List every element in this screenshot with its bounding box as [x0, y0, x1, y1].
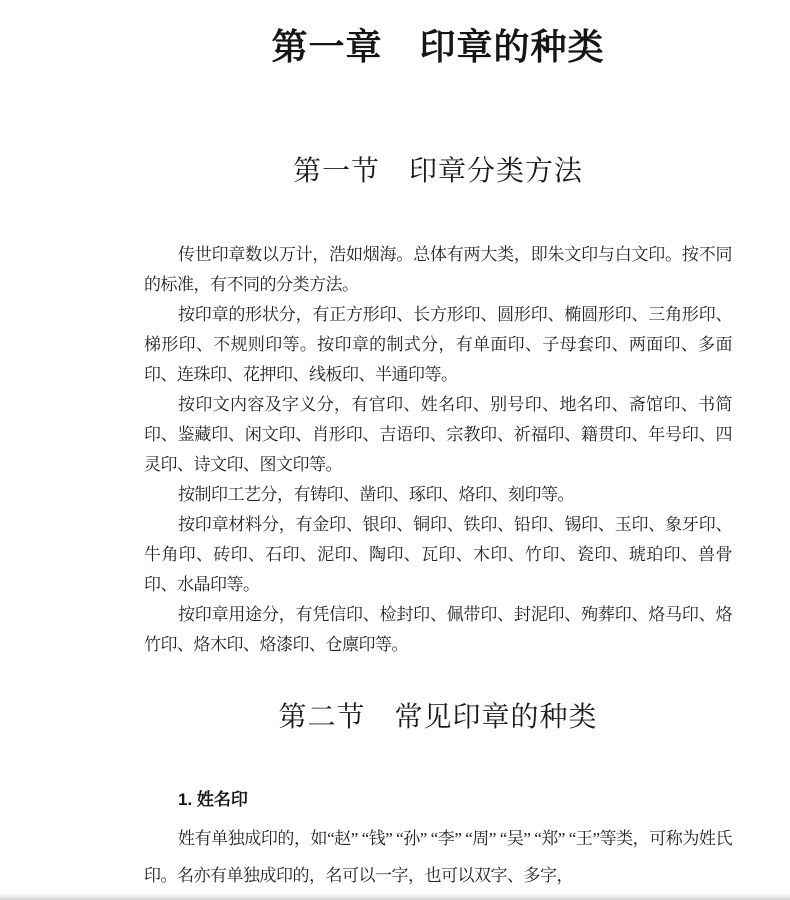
paragraph: 按印章用途分，有凭信印、检封印、佩带印、封泥印、殉葬印、烙马印、烙竹印、烙木印、…	[144, 600, 732, 660]
page-bottom-scan-shadow	[0, 893, 790, 900]
text-column: 第一章 印章的种类 第一节 印章分类方法 传世印章数以万计，浩如烟海。总体有两大…	[144, 0, 732, 894]
book-page: 第一章 印章的种类 第一节 印章分类方法 传世印章数以万计，浩如烟海。总体有两大…	[0, 0, 790, 900]
section-1-body: 传世印章数以万计，浩如烟海。总体有两大类，即朱文印与白文印。按不同的标准，有不同…	[144, 240, 732, 660]
paragraph: 按制印工艺分，有铸印、凿印、琢印、烙印、刻印等。	[144, 480, 732, 510]
paragraph: 按印章的形状分，有正方形印、长方形印、圆形印、椭圆形印、三角形印、梯形印、不规则…	[144, 300, 732, 390]
section-1-title: 第一节 印章分类方法	[144, 154, 732, 190]
paragraph: 按印文内容及字义分，有官印、姓名印、别号印、地名印、斋馆印、书简印、鉴藏印、闲文…	[144, 390, 732, 480]
paragraph: 姓有单独成印的，如“赵” “钱” “孙” “李” “周” “吴” “郑” “王”…	[144, 820, 732, 894]
subsection-heading-name-seal: 1. 姓名印	[178, 788, 732, 812]
paragraph: 传世印章数以万计，浩如烟海。总体有两大类，即朱文印与白文印。按不同的标准，有不同…	[144, 240, 732, 300]
paragraph: 按印章材料分，有金印、银印、铜印、铁印、铅印、锡印、玉印、象牙印、牛角印、砖印、…	[144, 510, 732, 600]
section-2-title: 第二节 常见印章的种类	[144, 700, 732, 736]
chapter-title: 第一章 印章的种类	[144, 0, 732, 70]
